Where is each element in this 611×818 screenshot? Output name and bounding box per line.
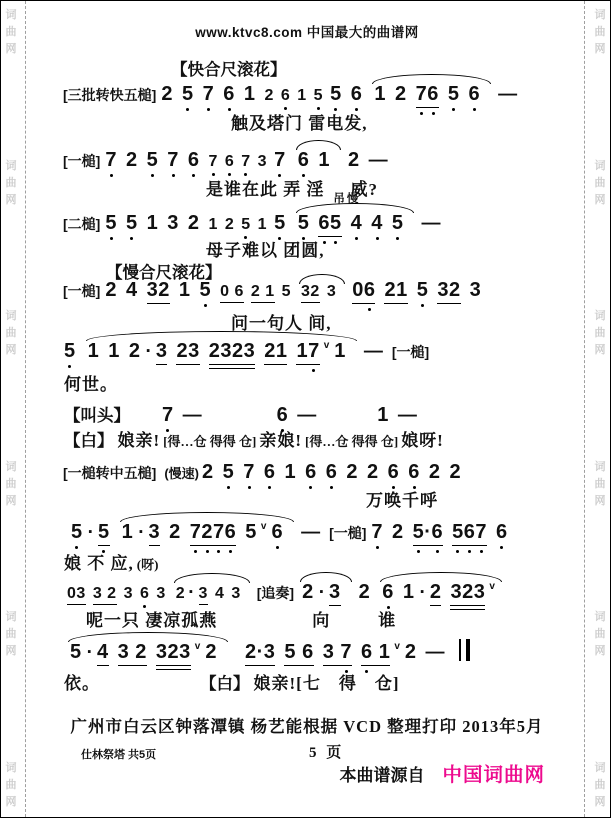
note: 21 (264, 340, 287, 365)
note-digit: 2 (405, 641, 417, 664)
note-digit: 6 (234, 283, 243, 301)
dash-note: — (183, 405, 202, 427)
note: 5 (282, 283, 291, 301)
note-digit: 2 (302, 581, 314, 604)
note-digit: 6 (326, 461, 338, 484)
note: 1 (208, 216, 217, 234)
watermark-text: 词曲网 (6, 760, 17, 811)
percussion-label: [一槌] (392, 342, 429, 362)
percussion-label: [一槌] (329, 523, 366, 543)
dash-note: — (369, 150, 388, 172)
final-barline (459, 639, 470, 661)
watermark-text: 词曲网 (6, 7, 17, 58)
note-digit: 2 (161, 83, 173, 106)
note-digit: 5 (182, 83, 194, 106)
note-digit: 7 (241, 153, 250, 171)
note-digit: 2 (359, 581, 371, 604)
note: 7 (167, 149, 179, 172)
watermark-text: 词曲网 (595, 158, 606, 209)
tie-arc: 1·3272765v6 (119, 512, 296, 546)
note-digit: 1 (265, 283, 274, 301)
note: 3 (231, 585, 240, 603)
note: 5 (182, 83, 194, 106)
note: 5·6 (413, 521, 443, 546)
note: 6 (382, 581, 394, 604)
score-line-19: 033 23632·343[追奏]2·3261·2323v (67, 572, 509, 606)
note: 17 (296, 340, 319, 365)
note-digit: 6 (225, 521, 237, 544)
note: 76 (416, 83, 439, 108)
tie-arc: 127656 (371, 74, 492, 108)
note-digit: 2 (201, 521, 213, 544)
dotted-rhythm-dot: · (319, 582, 325, 604)
lyric-text: [七 得 仓] (296, 674, 399, 693)
note: 2 (169, 521, 181, 544)
note-digit: 6 (302, 641, 314, 664)
watermark-text: 词曲网 (6, 459, 17, 510)
note: 2 (202, 461, 214, 484)
note: 3 2 (118, 641, 147, 666)
note-digit: 3 (470, 279, 482, 302)
note-digit: 2 (105, 279, 117, 302)
note: 6 (468, 83, 480, 106)
note: 5 (71, 521, 83, 544)
lyric-text: 娘亲! (254, 674, 297, 693)
dotted-rhythm-dot: · (146, 341, 152, 363)
note-digit: 7 (162, 404, 174, 427)
note-digit: 2 (205, 641, 217, 664)
score-line-4: [一槌]7257676737612— (63, 140, 397, 172)
note-digit: 2 (384, 279, 396, 302)
note: 1 (374, 83, 386, 106)
note-digit: 1 (122, 521, 134, 544)
note-digit: 7 (308, 340, 320, 363)
note-digit: 0 (352, 279, 364, 302)
note: 6 (264, 461, 276, 484)
note-digit: · (424, 521, 431, 544)
note: 3 (199, 585, 208, 605)
note-digit: 2 (430, 581, 442, 604)
note-digit: 5 (282, 283, 291, 301)
watermark-text: 词曲网 (595, 459, 606, 510)
note: 5 (147, 149, 159, 172)
lyric-text: 亲娘! (259, 431, 302, 450)
watermark-text: 词曲网 (595, 760, 606, 811)
note-digit: 3 (76, 585, 85, 603)
lyric-text: 何世。 (64, 375, 118, 394)
note-digit: 4 (97, 641, 109, 664)
note-digit: 2 (264, 340, 276, 363)
note-digit: 2 (129, 340, 141, 363)
note: 6 (225, 153, 234, 171)
note: 3 (470, 279, 482, 302)
percussion-vocalization: [得…仓 得得 仓] (305, 431, 398, 450)
watermark-text: 词曲网 (595, 308, 606, 359)
dash-note: — (426, 642, 445, 664)
dotted-rhythm-dot: · (138, 522, 144, 544)
percussion-label: [三批转快五槌] (63, 85, 156, 105)
dash-note: — (297, 405, 316, 427)
note-digit: 1 (108, 340, 120, 363)
lyric-text: 娘 不 应, (64, 554, 134, 573)
note: 3 2 (93, 585, 117, 605)
note: 6 (140, 585, 149, 603)
note: 7276 (190, 521, 237, 546)
tie-arc: 吊慢565445 (295, 203, 416, 237)
note: 1 (147, 212, 159, 235)
note-digit: 6 (281, 87, 290, 105)
note: 1 (108, 340, 120, 363)
note-digit: 5 (298, 212, 310, 235)
note: 5 (314, 87, 323, 105)
tie-arc: 5·43 2323v2 (67, 632, 229, 666)
note-digit: 3 (327, 283, 336, 301)
breath-mark: v (394, 641, 400, 652)
note: 2 (359, 581, 371, 604)
note-digit: 3 (323, 641, 335, 664)
note: 1 (88, 340, 100, 363)
note: 6 (326, 461, 338, 484)
note-digit: 1 (296, 340, 308, 363)
note-digit: 2 (429, 461, 441, 484)
note-digit: 2 (209, 340, 221, 363)
percussion-label: [二槌] (63, 214, 100, 234)
note: 2323 (209, 340, 256, 365)
note: 32 (437, 279, 460, 304)
note: 3 (258, 153, 267, 171)
lyric-text: 谁 (378, 611, 396, 630)
tempo-change-label: 吊慢 (333, 190, 360, 206)
footer-source-label: 本曲谱源自 (339, 766, 424, 785)
tie-arc: 61 (295, 140, 342, 172)
note-digit: 3 (156, 641, 168, 664)
note: 6 (281, 87, 290, 105)
note: 5 6 (284, 641, 313, 666)
note-digit: 5 (70, 641, 82, 664)
note: 03 (67, 585, 86, 605)
note-digit: 5 (452, 521, 464, 544)
note-digit: 6 (351, 83, 363, 106)
note-digit: 7 (340, 641, 352, 664)
note-digit: 1 (285, 461, 297, 484)
note: 2 (126, 149, 138, 172)
note-digit: 4 (126, 279, 138, 302)
note: 7 (371, 521, 383, 544)
note: 5 (448, 83, 460, 106)
note: 2 (346, 461, 358, 484)
note-digit: 6 (140, 585, 149, 603)
note: 1 (403, 581, 415, 604)
tie-arc: 323 (298, 274, 346, 303)
right-margin-line (584, 1, 585, 817)
note: 6 (408, 461, 420, 484)
note-digit: 7 (208, 153, 217, 171)
note-digit: 6 (427, 83, 439, 106)
lyric-line-20: 呢一只 凄凉孤燕向谁 (86, 606, 396, 631)
note-digit: 2 (395, 83, 407, 106)
note-digit: 2 (450, 461, 462, 484)
note-digit: 5 (126, 212, 138, 235)
breath-mark: v (195, 641, 201, 652)
lyric-text: 万唤千呼 (366, 491, 438, 510)
note-digit: 7 (274, 149, 286, 172)
watermark-text: 词曲网 (6, 609, 17, 660)
note-digit: 4 (371, 212, 383, 235)
note-digit: 2 (346, 461, 358, 484)
footer-source: 本曲谱源自中国词曲网 (31, 759, 545, 787)
note-digit: 3 (167, 212, 179, 235)
note: 4 (351, 212, 363, 235)
note-digit: 3 (199, 585, 208, 603)
note-digit: 5 (417, 279, 429, 302)
note-digit: 1 (377, 404, 389, 427)
tempo-note: (慢速) (164, 463, 199, 482)
left-margin-line (25, 1, 26, 817)
note-digit: 5 (413, 521, 425, 544)
note-digit: 2 (232, 340, 244, 363)
lyric-text: 娘亲! (118, 431, 161, 450)
note-digit: 2 (392, 521, 404, 544)
note-digit: · (257, 641, 264, 664)
note: 5 (330, 83, 342, 106)
note-digit: 5 (274, 212, 286, 235)
note-digit: 1 (258, 216, 267, 234)
note-digit: 6 (264, 461, 276, 484)
note-digit: 5 (147, 149, 159, 172)
note: 1 (377, 404, 389, 427)
note-digit: 6 (364, 279, 376, 302)
note-digit: 3 (258, 153, 267, 171)
note-digit: 3 (231, 585, 240, 603)
note: 7 (105, 149, 117, 172)
lyric-text: 母子难以 团圆, (206, 241, 325, 260)
note: 3 7 (323, 641, 352, 666)
note-digit: 6 (305, 461, 317, 484)
note-digit: 2 (251, 283, 260, 301)
note-digit: 2 (168, 641, 180, 664)
note: 5 (70, 641, 82, 664)
note: 323 (156, 641, 191, 666)
percussion-label: [一槌] (63, 151, 100, 171)
note: 2 (450, 461, 462, 484)
note-digit: 7 (371, 521, 383, 544)
note-digit: 2 (107, 585, 116, 603)
note-digit: 6 (318, 212, 330, 235)
note: 323 (450, 581, 485, 606)
note: 2 (430, 581, 442, 606)
note-digit: 5 (330, 83, 342, 106)
note-digit: 7 (190, 521, 202, 544)
note: 5 (392, 212, 404, 235)
note: 5 (241, 216, 250, 234)
lyric-text: 是谁在此 弄 淫 (206, 180, 325, 199)
note-digit: 5 (71, 521, 83, 544)
note-digit: 6 (298, 149, 310, 172)
note: 2 (105, 279, 117, 302)
note: 2 (429, 461, 441, 484)
tie-arc: 2·3 (299, 572, 353, 606)
percussion-label: [一槌] (63, 281, 100, 301)
note: 2 (348, 149, 360, 172)
note-digit: 7 (416, 83, 428, 106)
note: 32 (147, 279, 170, 304)
note: 1 (334, 340, 346, 363)
note-digit: 3 (93, 585, 102, 603)
note-digit: 6 (271, 521, 283, 544)
note-digit: 1 (147, 212, 159, 235)
note-digit: 2 (188, 212, 200, 235)
note: 3 (327, 283, 336, 301)
note: 5 (298, 212, 310, 235)
note: 3 (167, 212, 179, 235)
note-digit: 3 (437, 279, 449, 302)
note: 1 (244, 83, 256, 106)
note-digit: 3 (474, 581, 486, 604)
note: 4 (97, 641, 109, 666)
note: 7 (208, 153, 217, 171)
note: 5 (223, 461, 235, 484)
dash-note: — (398, 405, 417, 427)
note: 7 (243, 461, 255, 484)
note-digit: 3 (124, 585, 133, 603)
note-digit: 0 (220, 283, 229, 301)
note-digit: 6 (496, 521, 508, 544)
note: 2 (367, 461, 379, 484)
note-digit: 1 (208, 216, 217, 234)
dash-note: — (364, 341, 383, 363)
note: 1 (179, 279, 191, 302)
note: 4 (371, 212, 383, 235)
lyric-line-18: 娘 不 应,(呀) (64, 549, 161, 574)
note-digit: 5 (314, 87, 323, 105)
watermark-left: 词曲网词曲网词曲网词曲网词曲网词曲网 (3, 1, 19, 817)
watermark-text: 词曲网 (6, 308, 17, 359)
note: 3 (124, 585, 133, 603)
note-digit: 6 (408, 461, 420, 484)
note-digit: 1 (403, 581, 415, 604)
note-digit: 7 (167, 149, 179, 172)
note-digit: 1 (318, 149, 330, 172)
note: 1 (122, 521, 134, 544)
dotted-rhythm-dot: · (88, 522, 94, 544)
tie-arc: 112·32323232117v1 (85, 331, 358, 365)
dotted-rhythm-dot: · (188, 582, 194, 604)
note-digit: 1 (396, 279, 408, 302)
dotted-rhythm-dot: · (87, 642, 93, 664)
note-digit: 1 (179, 279, 191, 302)
note: 2 (161, 83, 173, 106)
score-line-13: 【叫头】7—6—1— (64, 402, 426, 427)
note: 6 (188, 149, 200, 172)
score-line-21: 5·43 2323v22·35 63 76 1v2— (67, 632, 470, 666)
score-line-17: 5·51·3272765v6—[一槌]725·65676 (71, 512, 517, 546)
note-digit: 2 (169, 521, 181, 544)
speech-line-14: 【白】娘亲![得…仓 得得 仓]亲娘![得…仓 得得 仓]娘呀! (64, 426, 444, 451)
note-digit: 1 (88, 340, 100, 363)
percussion-label: [一槌转中五槌] (63, 463, 156, 483)
note: 5 (126, 212, 138, 235)
note-digit: 2 (245, 641, 257, 664)
score-line-11: 5112·32323232117v1—[一槌] (64, 331, 434, 365)
note: 1 (318, 149, 330, 172)
note-digit: 1 (244, 83, 256, 106)
note-digit: 2 (126, 149, 138, 172)
note-digit: 6 (361, 641, 373, 664)
note: 6 (223, 83, 235, 106)
tie-arc: 61·2323v (379, 572, 503, 606)
note: 6 (277, 404, 289, 427)
note-digit: 3 (220, 340, 232, 363)
note: 4 (126, 279, 138, 302)
note-digit: 3 (244, 340, 256, 363)
note: 6 1 (361, 641, 390, 666)
note-digit: 6 (388, 461, 400, 484)
note-digit: 3 (156, 585, 165, 603)
note: 5 (245, 521, 257, 544)
note-digit: 5 (64, 340, 76, 363)
note-digit: 7 (105, 149, 117, 172)
note-digit: 3 (118, 641, 130, 664)
note-digit: 5 (245, 521, 257, 544)
note: 6 (271, 521, 283, 544)
note: 5 (64, 340, 76, 363)
note: 7 (162, 404, 174, 427)
note: 23 (176, 340, 199, 365)
note: 3 (156, 340, 168, 365)
note-digit: 2 (264, 87, 273, 105)
note: 2 (176, 585, 185, 603)
note-digit: 2 (348, 149, 360, 172)
lyric-text: 娘呀! (401, 431, 444, 450)
note: 7 (241, 153, 250, 171)
note-digit: 2 (158, 279, 170, 302)
score-line-2: [三批转快五槌]25761261556127656— (63, 74, 526, 108)
note-digit: 4 (215, 585, 224, 603)
note-digit: 6 (225, 153, 234, 171)
score-content: www.ktvc8.com 中国最大的曲谱网 【快合尺滚花】[三批转快五槌]25… (31, 1, 583, 817)
note: 2 (188, 212, 200, 235)
note: 65 (318, 212, 341, 237)
dash-note: — (301, 522, 320, 544)
note: 5 (199, 279, 211, 302)
note: 21 (384, 279, 407, 304)
note-digit: 5 (105, 212, 117, 235)
note: 32 (301, 283, 320, 303)
note-digit: 5 (241, 216, 250, 234)
speech-line-22: 依。【白】娘亲![七 得 仓] (64, 669, 400, 694)
note: 6 (305, 461, 317, 484)
note-digit: 5 (199, 279, 211, 302)
note: 2 (225, 216, 234, 234)
section-tag: 【白】 (200, 670, 250, 694)
dash-note: — (421, 213, 440, 235)
note: 06 (352, 279, 375, 304)
score-line-15: [一槌转中五槌](慢速)2576166226622 (63, 461, 470, 484)
note-digit: 6 (188, 149, 200, 172)
note: 6 (298, 149, 310, 172)
lyric-line-12: 何世。 (64, 370, 118, 395)
lyric-text: 呢一只 凄凉孤燕 (86, 611, 217, 630)
note: 4 (215, 585, 224, 603)
note: 5 (105, 212, 117, 235)
note-digit: 3 (329, 581, 341, 604)
footer-credit: 广州市白云区钟落潭镇 杨艺能根据 VCD 整理打印 2013年5月 (31, 713, 583, 737)
lyric-text: 触及塔门 雷电发, (231, 114, 368, 133)
note-digit: 0 (67, 585, 76, 603)
lyric-text: 依。 (64, 674, 100, 693)
note-digit: 2 (225, 216, 234, 234)
note-digit: 6 (382, 581, 394, 604)
